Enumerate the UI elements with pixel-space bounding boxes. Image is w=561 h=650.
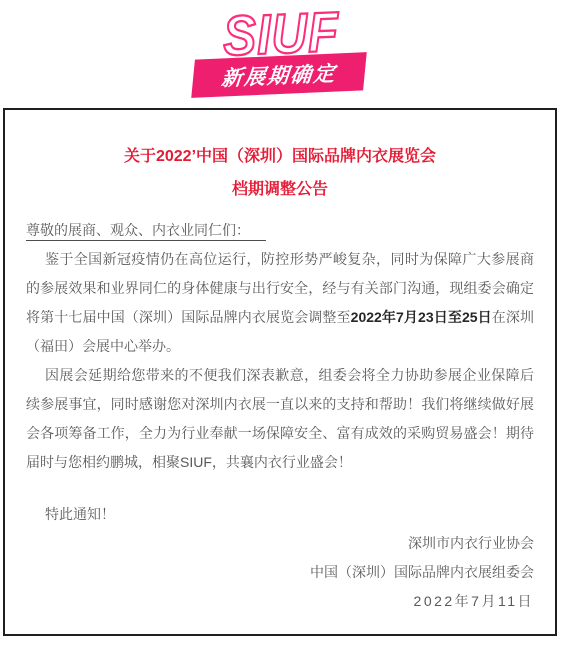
greeting-line: 尊敬的展商、观众、内衣业同仁们： xyxy=(26,216,534,245)
announcement-title: 关于2022’中国（深圳）国际品牌内衣展览会 档期调整公告 xyxy=(26,140,534,206)
paragraph-1: 鉴于全国新冠疫情仍在高位运行，防控形势严峻复杂，同时为保障广大参展商的参展效果和… xyxy=(26,245,534,361)
signature-association: 深圳市内衣行业协会 xyxy=(26,529,534,558)
announcement-box: 关于2022’中国（深圳）国际品牌内衣展览会 档期调整公告 尊敬的展商、观众、内… xyxy=(3,108,557,636)
title-line-1: 关于2022’中国（深圳）国际品牌内衣展览会 xyxy=(124,148,436,165)
banner-label: 新展期确定 xyxy=(220,57,338,92)
signature-block: 深圳市内衣行业协会 中国（深圳）国际品牌内衣展组委会 2022年7月11日 xyxy=(26,529,534,616)
paragraph-1-date-bold: 2022年7月23日至25日 xyxy=(351,309,492,325)
announcement-body: 尊敬的展商、观众、内衣业同仁们： 鉴于全国新冠疫情仍在高位运行，防控形势严峻复杂… xyxy=(26,216,534,616)
page-header: SIUF 新展期确定 xyxy=(0,0,561,108)
greeting-text: 尊敬的展商、观众、内衣业同仁们： xyxy=(26,222,266,241)
title-line-2: 档期调整公告 xyxy=(232,181,328,198)
closing-line: 特此通知！ xyxy=(26,500,534,529)
signature-committee: 中国（深圳）国际品牌内衣展组委会 xyxy=(26,558,534,587)
new-date-banner: 新展期确定 xyxy=(191,52,367,98)
paragraph-2: 因展会延期给您带来的不便我们深表歉意，组委会将全力协助参展企业保障后续参展事宜，… xyxy=(26,361,534,477)
signature-date: 2022年7月11日 xyxy=(26,587,534,616)
